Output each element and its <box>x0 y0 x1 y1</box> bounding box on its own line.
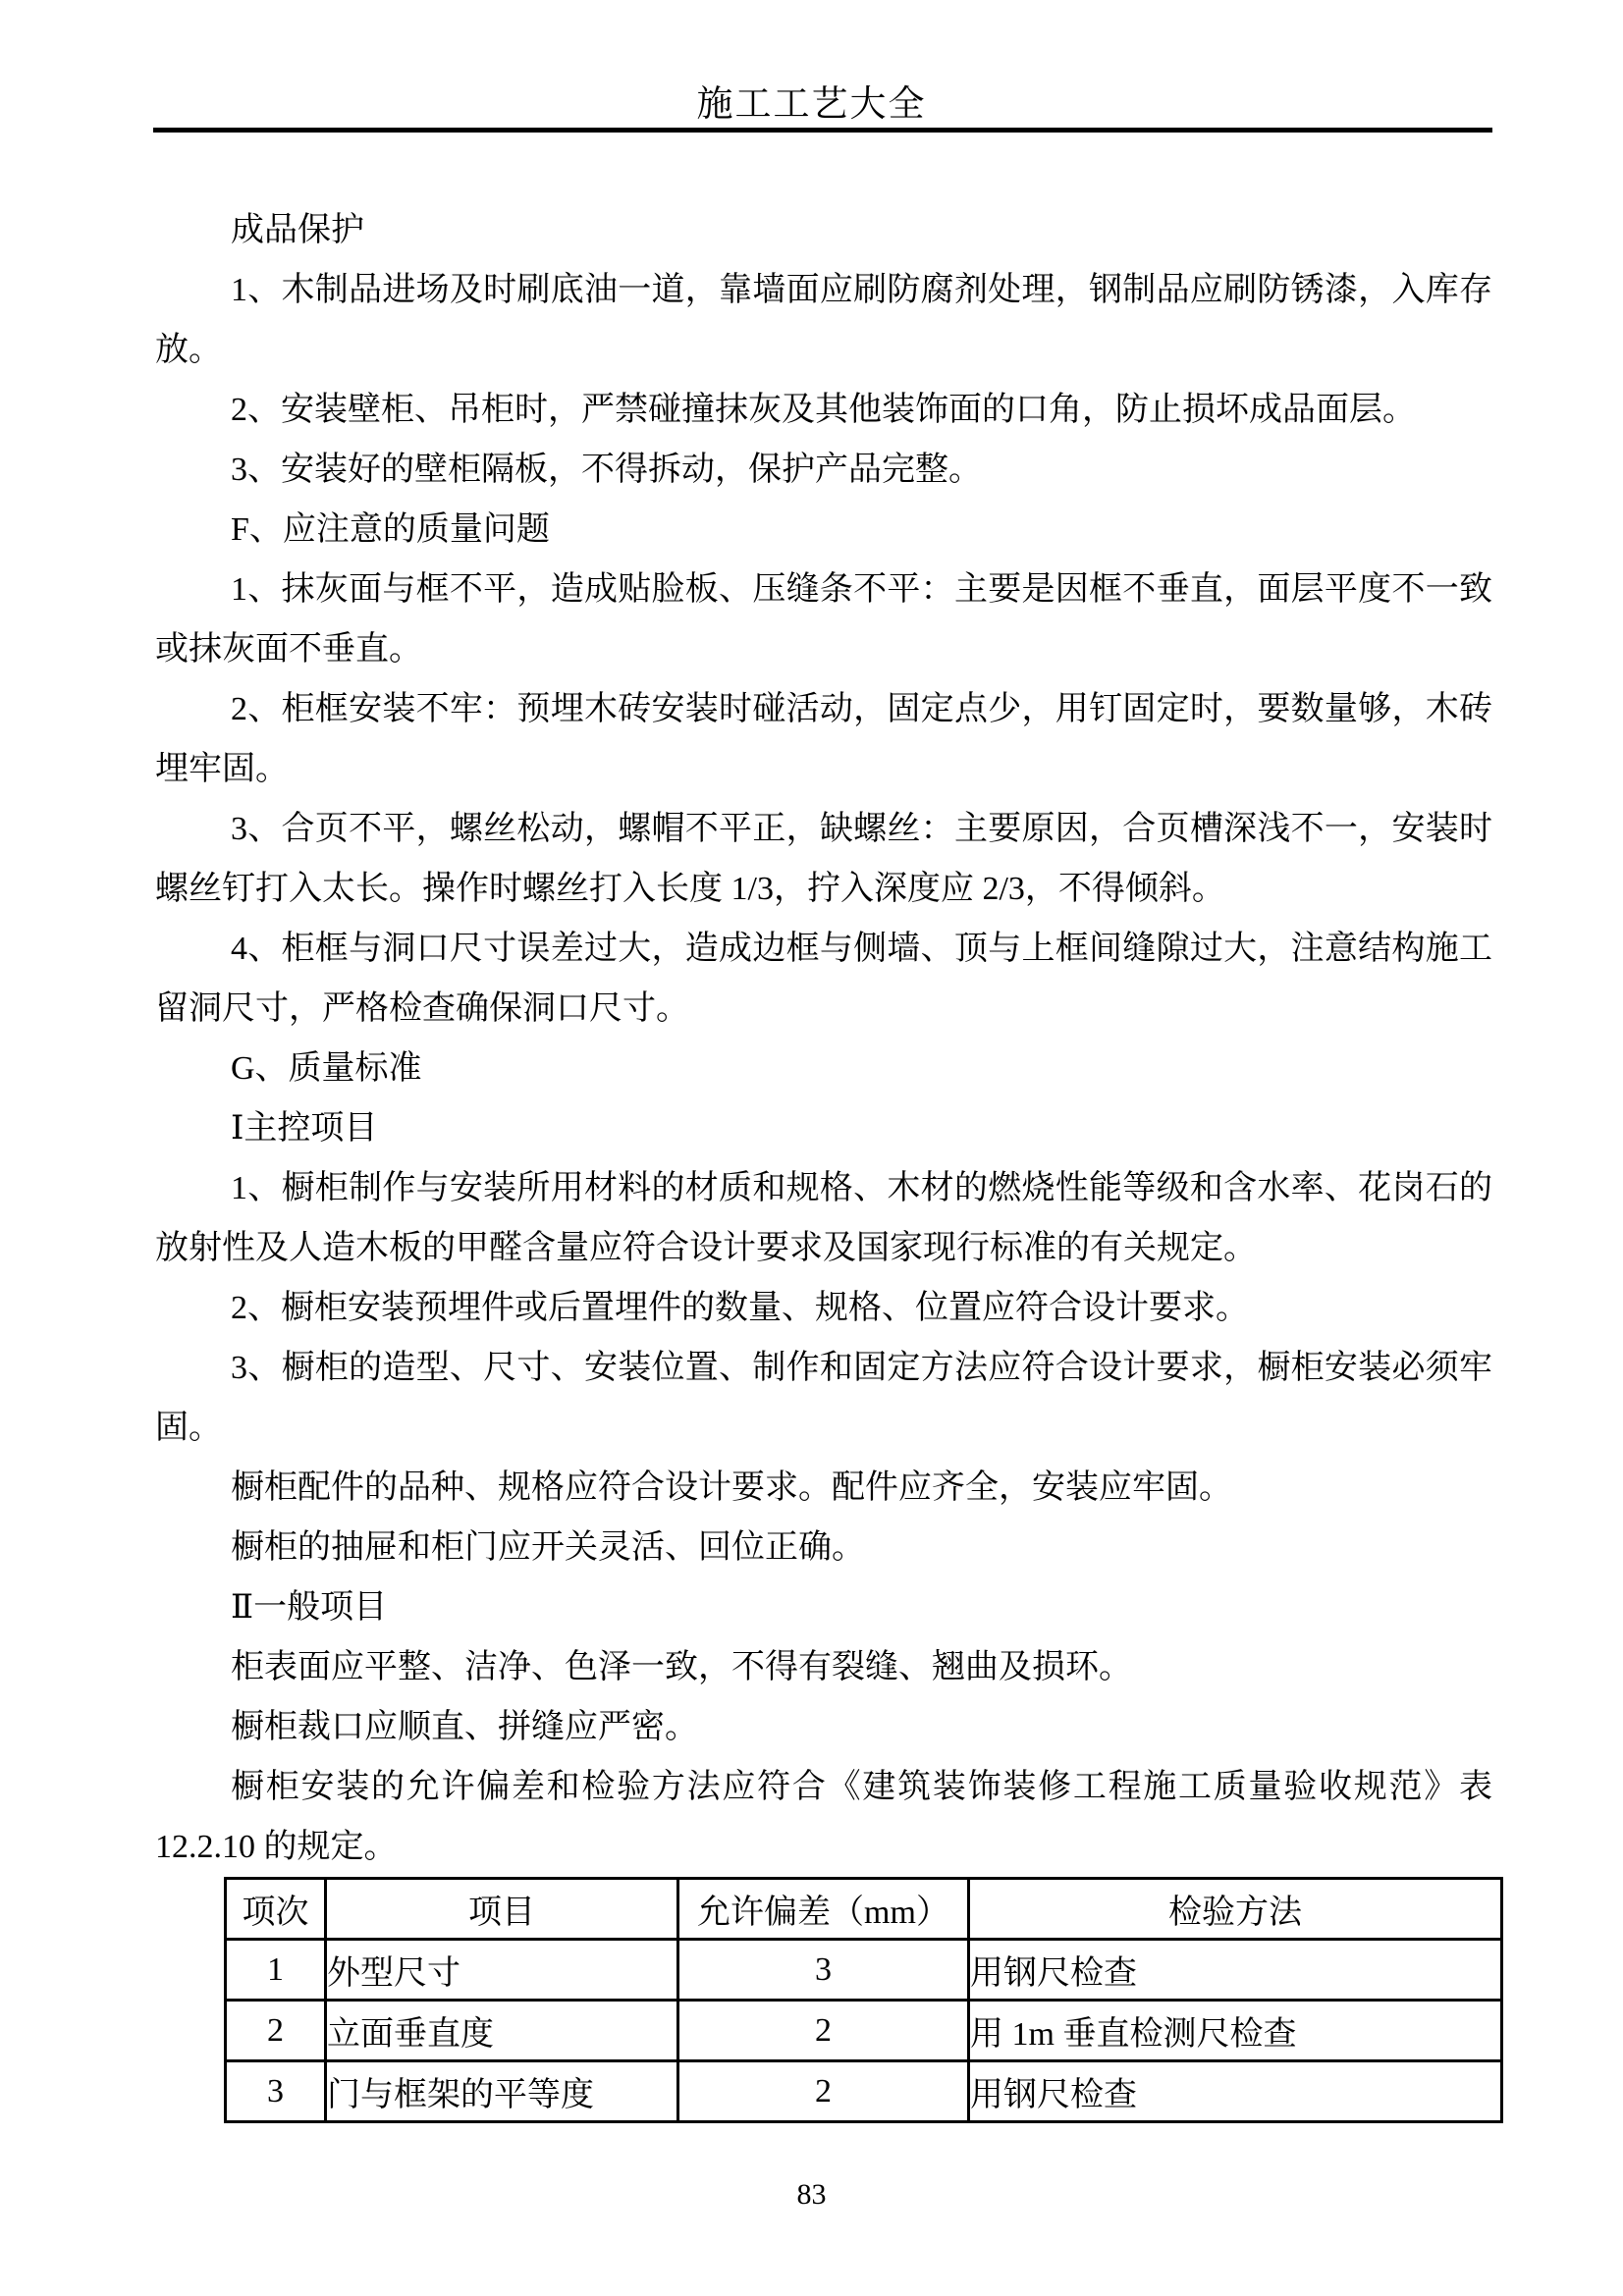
text-line: 橱柜裁口应顺直、拼缝应严密。 <box>155 1697 1492 1757</box>
text-line: 放射性及人造木板的甲醛含量应符合设计要求及国家现行标准的有关规定。 <box>155 1218 1492 1278</box>
tolerance-table: 项次 项目 允许偏差（mm） 检验方法 1 外型尺寸 3 用钢尺检查 2 立面垂… <box>224 1877 1503 2123</box>
text-line: 留洞尺寸，严格检查确保洞口尺寸。 <box>155 979 1492 1039</box>
table-cell: 用 1m 垂直检测尺检查 <box>969 2001 1502 2061</box>
table-cell: 用钢尺检查 <box>969 1940 1502 2001</box>
table-cell: 立面垂直度 <box>326 2001 678 2061</box>
text-line: 或抹灰面不垂直。 <box>155 619 1492 679</box>
header-divider-line <box>153 128 1492 133</box>
table-row: 2 立面垂直度 2 用 1m 垂直检测尺检查 <box>226 2001 1502 2061</box>
text-line: 橱柜配件的品种、规格应符合设计要求。配件应齐全，安装应牢固。 <box>155 1458 1492 1518</box>
text-line: 2、橱柜安装预埋件或后置埋件的数量、规格、位置应符合设计要求。 <box>155 1278 1492 1338</box>
text-line: 1、木制品进场及时刷底油一道，靠墙面应刷防腐剂处理，钢制品应刷防锈漆，入库存 <box>155 260 1492 320</box>
text-line: 成品保护 <box>155 200 1492 260</box>
text-line: 橱柜的抽屉和柜门应开关灵活、回位正确。 <box>155 1518 1492 1577</box>
text-line: 4、柜框与洞口尺寸误差过大，造成边框与侧墙、顶与上框间缝隙过大，注意结构施工 <box>155 919 1492 979</box>
table-cell: 2 <box>678 2001 969 2061</box>
text-line: Ⅰ主控项目 <box>155 1098 1492 1158</box>
table-cell: 外型尺寸 <box>326 1940 678 2001</box>
table-cell: 2 <box>678 2061 969 2122</box>
text-line: 放。 <box>155 320 1492 380</box>
text-line: 3、合页不平，螺丝松动，螺帽不平正，缺螺丝：主要原因，合页槽深浅不一，安装时 <box>155 799 1492 859</box>
body-text: 成品保护 1、木制品进场及时刷底油一道，靠墙面应刷防腐剂处理，钢制品应刷防锈漆，… <box>155 200 1492 1877</box>
page-number: 83 <box>0 2175 1623 2215</box>
table-header-cell: 允许偏差（mm） <box>678 1879 969 1940</box>
table-cell: 门与框架的平等度 <box>326 2061 678 2122</box>
table-cell: 2 <box>226 2001 326 2061</box>
text-line: 12.2.10 的规定。 <box>155 1817 1492 1877</box>
table-cell: 3 <box>226 2061 326 2122</box>
text-line: 橱柜安装的允许偏差和检验方法应符合《建筑装饰装修工程施工质量验收规范》表 <box>155 1757 1492 1817</box>
table-header-cell: 检验方法 <box>969 1879 1502 1940</box>
table-row: 1 外型尺寸 3 用钢尺检查 <box>226 1940 1502 2001</box>
table-cell: 3 <box>678 1940 969 2001</box>
table-header-cell: 项目 <box>326 1879 678 1940</box>
text-line: 柜表面应平整、洁净、色泽一致，不得有裂缝、翘曲及损环。 <box>155 1637 1492 1697</box>
text-line: Ⅱ一般项目 <box>155 1577 1492 1637</box>
page-header-title: 施工工艺大全 <box>0 82 1623 128</box>
table-header-row: 项次 项目 允许偏差（mm） 检验方法 <box>226 1879 1502 1940</box>
text-line: 固。 <box>155 1398 1492 1458</box>
text-line: 1、抹灰面与框不平，造成贴脸板、压缝条不平：主要是因框不垂直，面层平度不一致 <box>155 560 1492 619</box>
text-line: 3、橱柜的造型、尺寸、安装位置、制作和固定方法应符合设计要求，橱柜安装必须牢 <box>155 1338 1492 1398</box>
text-line: G、质量标准 <box>155 1039 1492 1098</box>
table-cell: 用钢尺检查 <box>969 2061 1502 2122</box>
text-line: 3、安装好的壁柜隔板，不得拆动，保护产品完整。 <box>155 440 1492 500</box>
text-line: 螺丝钉打入太长。操作时螺丝打入长度 1/3，拧入深度应 2/3，不得倾斜。 <box>155 859 1492 919</box>
text-line: 埋牢固。 <box>155 739 1492 799</box>
table-header-cell: 项次 <box>226 1879 326 1940</box>
text-line: F、应注意的质量问题 <box>155 500 1492 560</box>
table-row: 3 门与框架的平等度 2 用钢尺检查 <box>226 2061 1502 2122</box>
table-cell: 1 <box>226 1940 326 2001</box>
text-line: 2、柜框安装不牢：预埋木砖安装时碰活动，固定点少，用钉固定时，要数量够，木砖 <box>155 679 1492 739</box>
text-line: 1、橱柜制作与安装所用材料的材质和规格、木材的燃烧性能等级和含水率、花岗石的 <box>155 1158 1492 1218</box>
text-line: 2、安装壁柜、吊柜时，严禁碰撞抹灰及其他装饰面的口角，防止损坏成品面层。 <box>155 380 1492 440</box>
document-page: 施工工艺大全 成品保护 1、木制品进场及时刷底油一道，靠墙面应刷防腐剂处理，钢制… <box>0 0 1623 2296</box>
